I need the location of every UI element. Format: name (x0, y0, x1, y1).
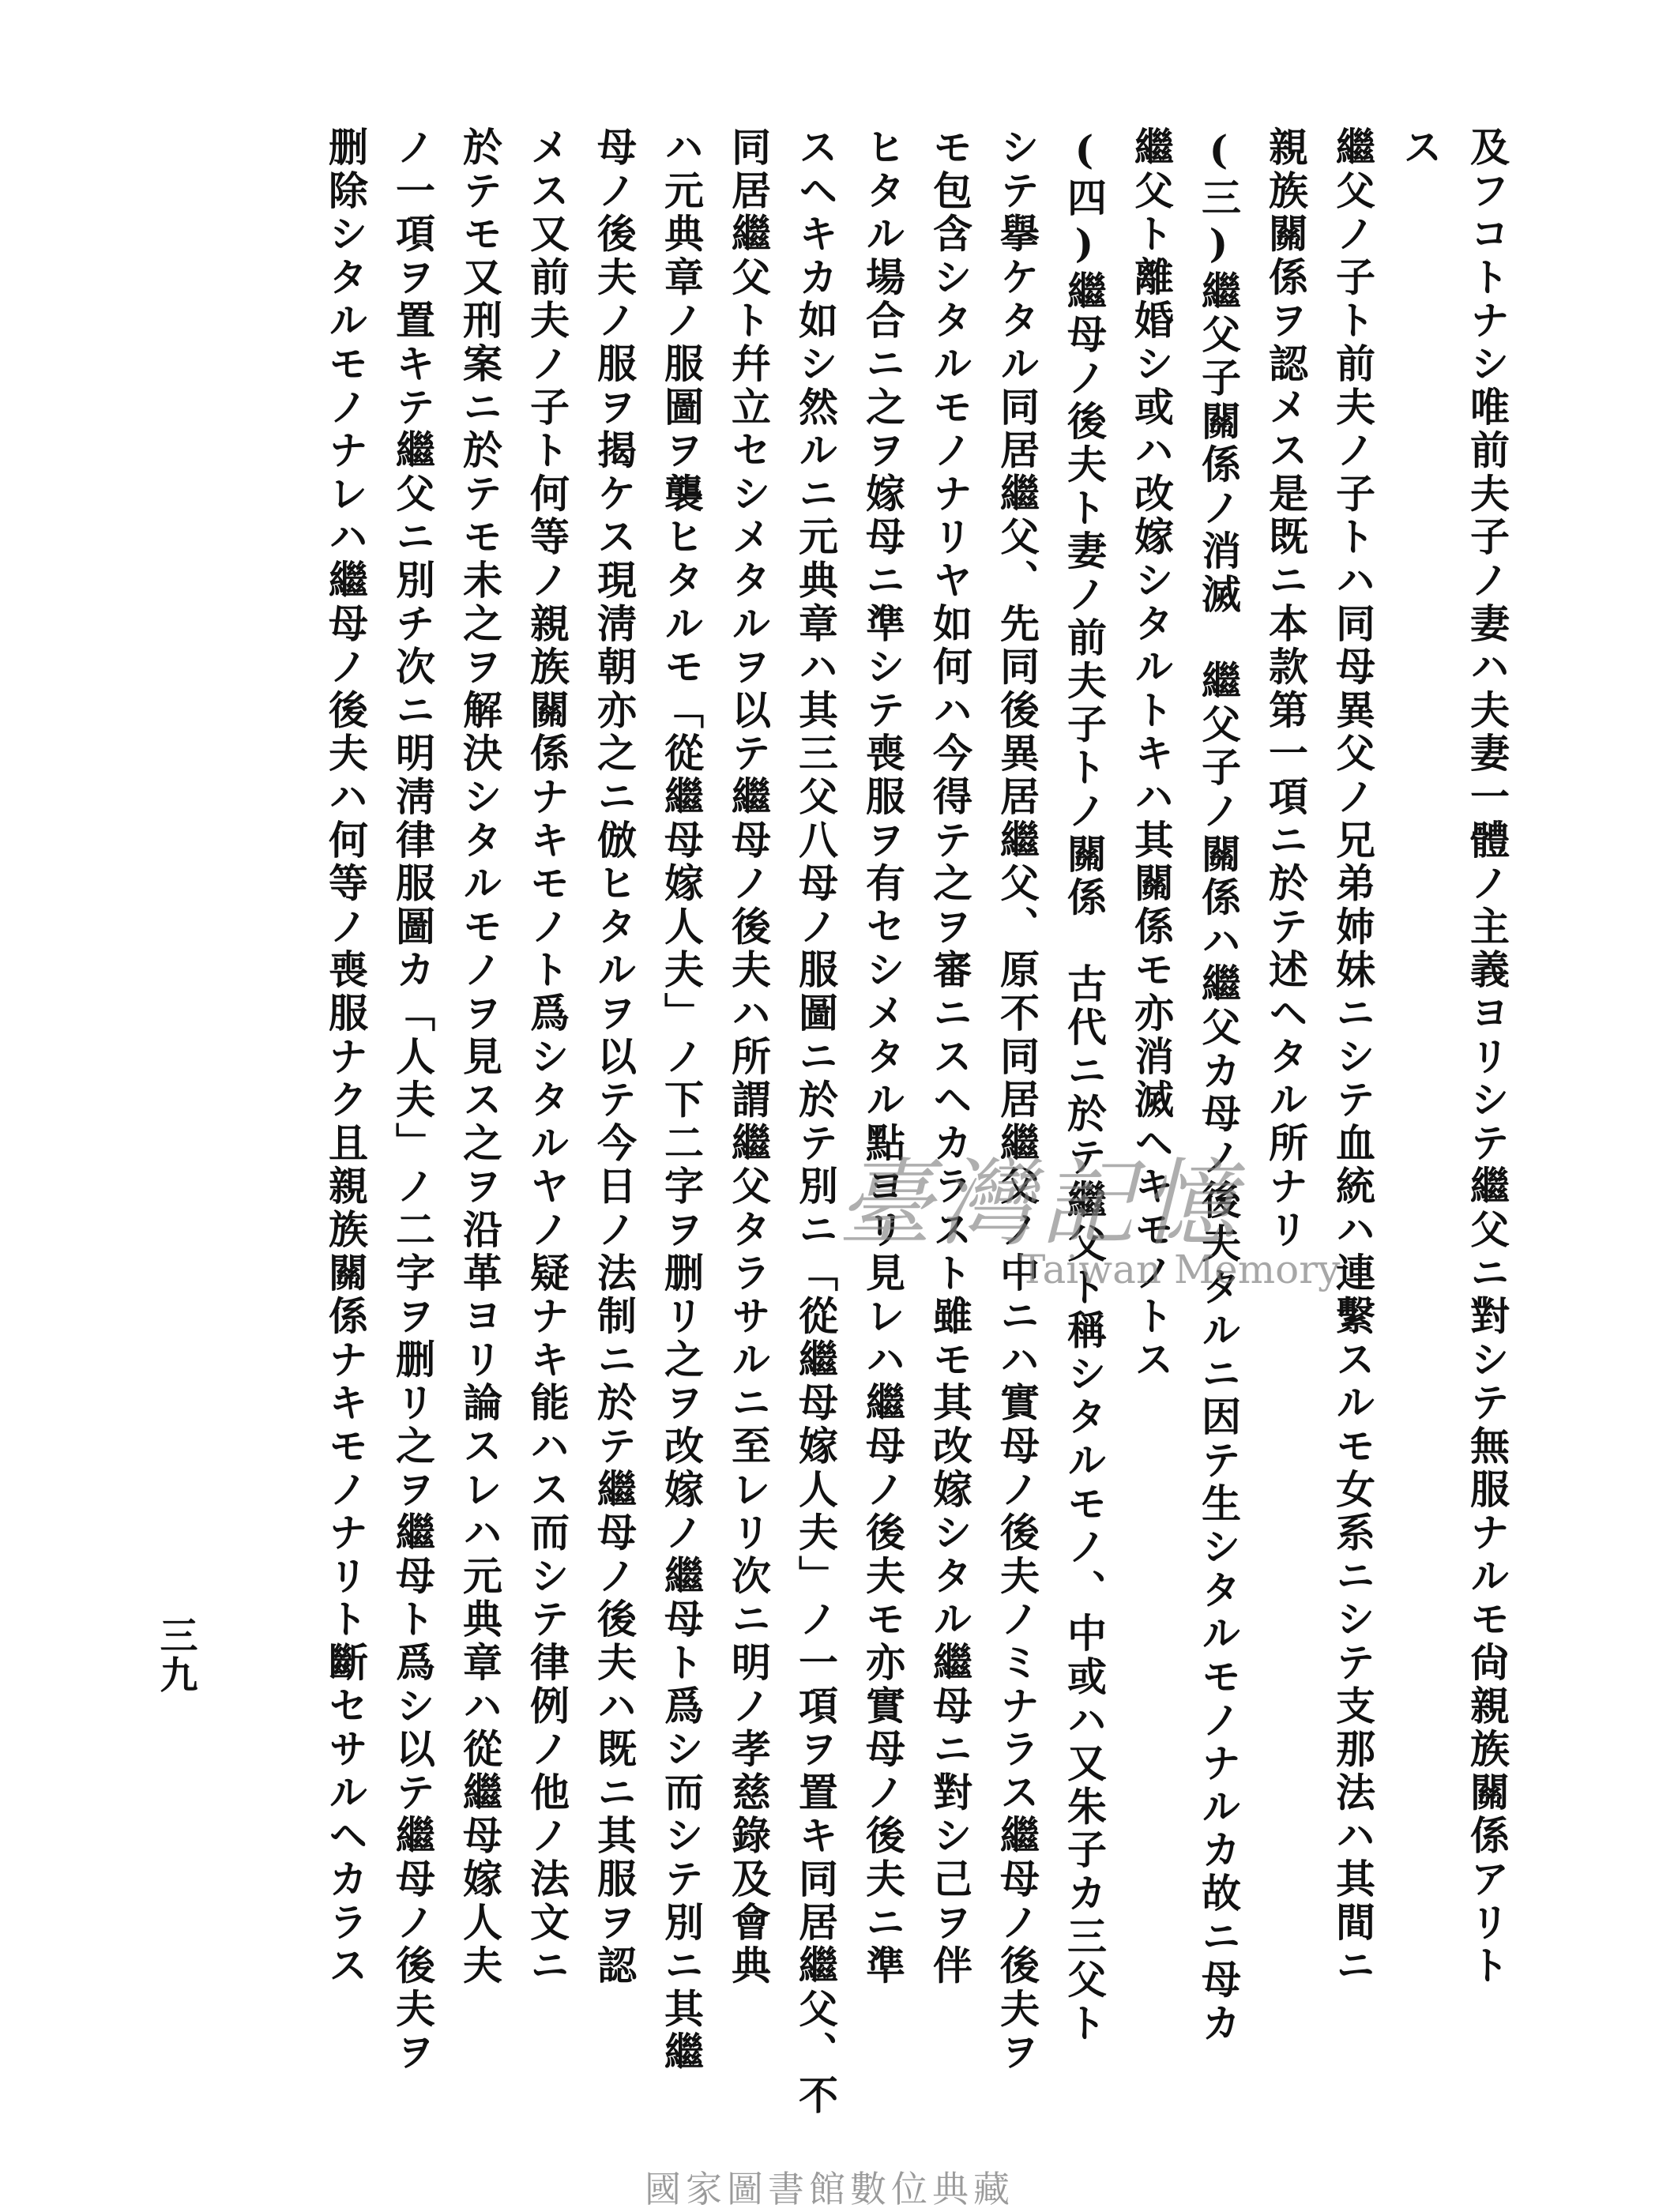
text-column-1: 及フコトナシ唯前夫子ノ妻ハ夫妻一體ノ主義ヨリシテ繼父ニ對シテ無服ナルモ尙親族關係… (1454, 126, 1521, 2054)
text-column-6: 繼父ト離婚シ或ハ改嫁シタルトキハ其關係モ亦消滅ヘキモノトス (1118, 126, 1185, 2054)
text-column-18: 删除シタルモノナレハ繼母ノ後夫ハ何等ノ喪服ナク且親族關係ナキモノナリト斷セサルヘ… (312, 126, 379, 2054)
scanned-page: 及フコトナシ唯前夫子ノ妻ハ夫妻一體ノ主義ヨリシテ繼父ニ對シテ無服ナルモ尙親族關係… (0, 0, 1659, 2212)
text-column-2: ス (1386, 126, 1454, 2054)
section-heading-3-column: (三)繼父子關係ノ消滅 繼父子ノ關係ハ繼父カ母ノ後夫タルニ因テ生シタルモノナルカ… (1185, 126, 1252, 2054)
text-column-13: ハ元典章ノ服圖ヲ襲ヒタルモ「從繼母嫁人夫」ノ下二字ヲ删リ之ヲ改嫁ノ繼母ト爲シ而シ… (648, 126, 715, 2054)
text-column-11: スヘキカ如シ然ルニ元典章ハ其三父八母ノ服圖ニ於テ別ニ「從繼母嫁人夫」ノ一項ヲ置キ… (782, 126, 849, 2054)
text-column-8: シテ擧ケタル同居繼父、先同後異居繼父、原不同居繼父ノ中ニハ實母ノ後夫ノミナラス繼… (984, 126, 1051, 2054)
vertical-text-body: 及フコトナシ唯前夫子ノ妻ハ夫妻一體ノ主義ヨリシテ繼父ニ對シテ無服ナルモ尙親族關係… (312, 126, 1521, 2054)
text-column-10: ヒタル場合ニ之ヲ嫁母ニ準シテ喪服ヲ有セシメタル點ヨリ見レハ繼母ノ後夫モ亦實母ノ後… (849, 126, 916, 2054)
text-column-15: メス又前夫ノ子ト何等ノ親族關係ナキモノト爲シタルヤノ疑ナキ能ハス而シテ律例ノ他ノ… (513, 126, 581, 2054)
text-column-17: ノ一項ヲ置キテ繼父ニ別チ次ニ明淸律服圖カ「人夫」ノ二字ヲ删リ之ヲ繼母ト爲シ以テ繼… (379, 126, 446, 2054)
text-column-16: 於テモ又刑案ニ於テモ未之ヲ解決シタルモノヲ見ス之ヲ沿革ヨリ論スレハ元典章ハ從繼母… (446, 126, 513, 2054)
section-heading-4-column: (四)繼母ノ後夫ト妻ノ前夫子トノ關係 古代ニ於テ繼父ト稱シタルモノ、中或ハ又朱子… (1051, 126, 1118, 2054)
page-number: 三九 (149, 1616, 203, 1695)
text-column-9: モ包含シタルモノナリヤ如何ハ今得テ之ヲ審ニスヘカラスト雖モ其改嫁シタル繼母ニ對シ… (916, 126, 984, 2054)
text-column-12: 同居繼父ト幷立セシメタルヲ以テ繼母ノ後夫ハ所謂繼父タラサルニ至レリ次ニ明ノ孝慈錄… (715, 126, 782, 2054)
footer-credit: 國家圖書館數位典藏 (0, 2161, 1659, 2212)
text-column-14: 母ノ後夫ノ服ヲ揭ケス現淸朝亦之ニ倣ヒタルヲ以テ今日ノ法制ニ於テ繼母ノ後夫ハ既ニ其… (581, 126, 648, 2054)
text-column-4: 親族關係ヲ認メス是既ニ本款第一項ニ於テ述ヘタル所ナリ (1252, 126, 1319, 2054)
text-column-3: 繼父ノ子ト前夫ノ子トハ同母異父ノ兄弟姉妹ニシテ血統ハ連繫スルモ女系ニシテ支那法ハ… (1319, 126, 1386, 2054)
